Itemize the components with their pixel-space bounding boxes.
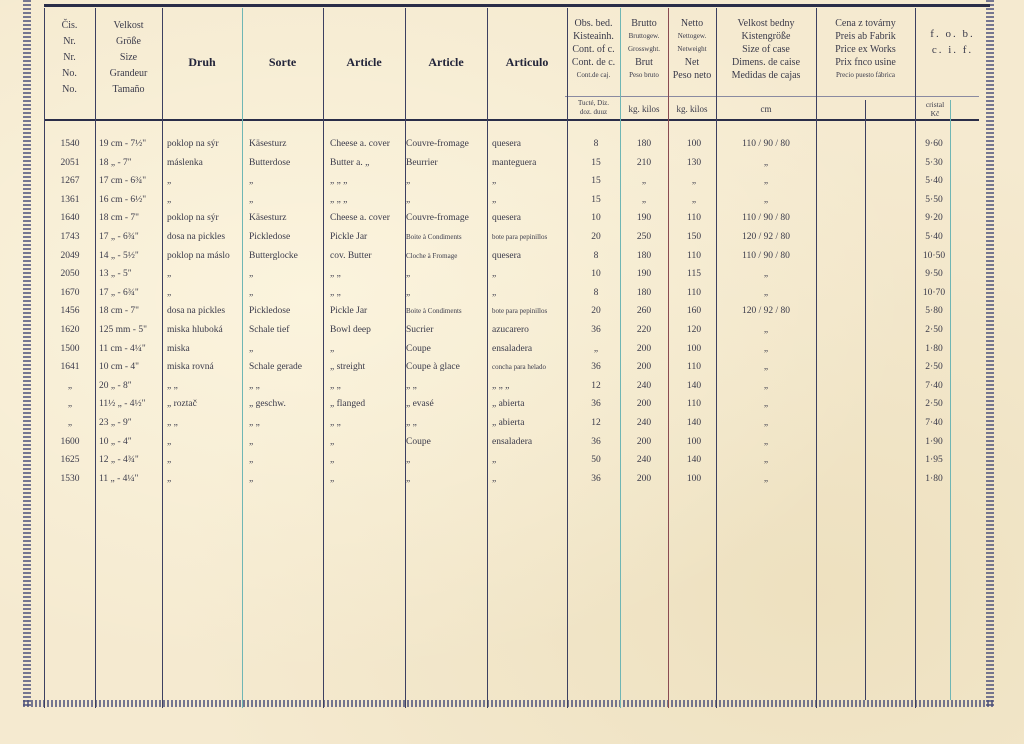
item-number: 1620: [50, 321, 90, 339]
item-articulo: bote para pepinillos: [492, 302, 572, 320]
item-size: 18 cm - 7": [99, 209, 169, 227]
header-rule: [44, 119, 979, 121]
item-sorte: Schale gerade: [249, 358, 329, 376]
item-article-fr: „: [406, 451, 488, 469]
item-size: 17 „ - 6¾": [99, 228, 169, 246]
item-articulo: bote para pepinillos: [492, 228, 572, 246]
item-price: 5·40: [904, 228, 964, 246]
item-contents: 36: [566, 395, 626, 413]
item-article-en: Cheese a. cover: [330, 209, 410, 227]
item-net-weight: 100: [669, 135, 719, 153]
item-price: 5·80: [904, 302, 964, 320]
item-article-en: „ „: [330, 377, 410, 395]
item-contents: 36: [566, 470, 626, 488]
item-druh: miska hluboká: [167, 321, 247, 339]
header-size-de: Größe: [95, 34, 162, 50]
item-net-weight: 160: [669, 302, 719, 320]
item-contents: 10: [566, 209, 626, 227]
item-number: „: [50, 414, 90, 432]
item-case-size: „: [716, 395, 816, 413]
item-articulo: „ „ „: [492, 377, 572, 395]
header-size-cz: Velkost: [95, 18, 162, 34]
item-article-en: „ streight: [330, 358, 410, 376]
item-contents: 10: [566, 265, 626, 283]
item-druh: „ „: [167, 377, 247, 395]
item-articulo: „: [492, 265, 572, 283]
item-druh: „: [167, 284, 247, 302]
item-article-fr: „ „: [406, 414, 488, 432]
item-price: 10·70: [904, 284, 964, 302]
item-contents: 15: [566, 154, 626, 172]
item-article-en: „: [330, 470, 410, 488]
item-sorte: „ „: [249, 414, 329, 432]
header-contents-es: Cont.de caj.: [567, 69, 620, 82]
item-article-en: „: [330, 340, 410, 358]
item-contents: 20: [566, 228, 626, 246]
item-sorte: „: [249, 265, 329, 283]
currency-note: cristal: [915, 100, 955, 109]
table-row: 1267 17 cm - 6¾" „ „ „ „ „ „ „ 15 „ „ „ …: [44, 172, 984, 190]
item-articulo: „ abierta: [492, 395, 572, 413]
item-contents: 8: [566, 247, 626, 265]
item-gross-weight: 190: [619, 209, 669, 227]
item-gross-weight: 260: [619, 302, 669, 320]
header-number-en: Nr.: [44, 50, 95, 66]
item-druh: máslenka: [167, 154, 247, 172]
item-sorte: Pickledose: [249, 302, 329, 320]
item-number: 1640: [50, 209, 90, 227]
item-sorte: „: [249, 340, 329, 358]
header-number-es: No.: [44, 82, 95, 98]
item-article-fr: „: [406, 284, 488, 302]
item-number: 1641: [50, 358, 90, 376]
header-brutto-unit: kg. kilos: [620, 104, 668, 115]
header-price-es: Precio puesto fábrica: [816, 69, 915, 82]
item-number: 1743: [50, 228, 90, 246]
header-brutto-de: Bruttogew.: [620, 30, 668, 43]
item-case-size: 110 / 90 / 80: [716, 135, 816, 153]
table-row: 2049 14 „ - 5½" poklop na máslo Buttergl…: [44, 247, 984, 265]
header-brutto-fr: Brut: [620, 56, 668, 69]
item-net-weight: 110: [669, 247, 719, 265]
currency-symbol: Kč: [915, 109, 955, 118]
table-row: 1620 125 mm - 5" miska hluboká Schale ti…: [44, 321, 984, 339]
item-articulo: azucarero: [492, 321, 572, 339]
item-case-size: „: [716, 377, 816, 395]
header-terms: f. o. b. c. i. f.: [915, 26, 990, 58]
item-articulo: „: [492, 284, 572, 302]
header-brutto-cz: Brutto: [620, 17, 668, 30]
item-gross-weight: 240: [619, 451, 669, 469]
item-sorte: Käsesturz: [249, 135, 329, 153]
item-price: 9·60: [904, 135, 964, 153]
header-number: Čis. Nr. Nr. No. No.: [44, 18, 95, 98]
item-size: 12 „ - 4¾": [99, 451, 169, 469]
item-contents: 36: [566, 433, 626, 451]
table-row: 1500 11 cm - 4¼" miska „ „ Coupe ensalad…: [44, 340, 984, 358]
table-row: 1456 18 cm - 7" dosa na pickles Pickledo…: [44, 302, 984, 320]
item-case-size: „: [716, 321, 816, 339]
item-net-weight: „: [669, 172, 719, 190]
item-number: 1625: [50, 451, 90, 469]
item-case-size: 110 / 90 / 80: [716, 209, 816, 227]
item-article-en: Butter a. „: [330, 154, 410, 172]
unit-line: doz. duuz: [567, 108, 620, 117]
header-case-cz: Velkost bedny: [716, 17, 816, 30]
header-size-fr: Grandeur: [95, 66, 162, 82]
item-article-fr: „ evasé: [406, 395, 488, 413]
item-net-weight: „: [669, 191, 719, 209]
item-gross-weight: 200: [619, 358, 669, 376]
item-net-weight: 115: [669, 265, 719, 283]
header-contents-cz: Obs. bed.: [567, 17, 620, 30]
item-article-en: „: [330, 433, 410, 451]
item-articulo: quesera: [492, 135, 572, 153]
item-articulo: „ abierta: [492, 414, 572, 432]
header-netto-fr: Net: [668, 56, 716, 69]
header-price-cz: Cena z továrny: [816, 17, 915, 30]
item-case-size: „: [716, 154, 816, 172]
item-gross-weight: 200: [619, 340, 669, 358]
item-articulo: ensaladera: [492, 433, 572, 451]
item-sorte: Käsesturz: [249, 209, 329, 227]
item-articulo: „: [492, 172, 572, 190]
item-article-en: „ „: [330, 414, 410, 432]
header-netto-unit: kg. kilos: [668, 104, 716, 115]
item-sorte: „: [249, 451, 329, 469]
item-article-en: cov. Butter: [330, 247, 410, 265]
header-netto-es: Peso neto: [668, 69, 716, 82]
item-article-fr: „: [406, 470, 488, 488]
item-sorte: „: [249, 433, 329, 451]
item-article-en: „ „: [330, 284, 410, 302]
item-sorte: „: [249, 172, 329, 190]
item-gross-weight: 180: [619, 284, 669, 302]
item-number: 1540: [50, 135, 90, 153]
item-gross-weight: 180: [619, 135, 669, 153]
item-sorte: „: [249, 284, 329, 302]
table-row: 2050 13 „ - 5" „ „ „ „ „ „ 10 190 115 „ …: [44, 265, 984, 283]
item-article-fr: Coupe: [406, 433, 488, 451]
item-article-fr: Beurrier: [406, 154, 488, 172]
item-net-weight: 120: [669, 321, 719, 339]
term-fob: f. o. b.: [915, 26, 990, 42]
header-contents-unit: Tucté, Diz. doz. duuz: [567, 99, 620, 117]
item-article-en: „ „: [330, 265, 410, 283]
item-article-fr: Coupe à glace: [406, 358, 488, 376]
item-net-weight: 100: [669, 470, 719, 488]
item-case-size: „: [716, 358, 816, 376]
item-contents: „: [566, 340, 626, 358]
item-contents: 8: [566, 284, 626, 302]
item-net-weight: 140: [669, 414, 719, 432]
item-size: 18 cm - 7": [99, 302, 169, 320]
item-case-size: 110 / 90 / 80: [716, 247, 816, 265]
header-size: Velkost Größe Size Grandeur Tamaño: [95, 18, 162, 98]
item-net-weight: 130: [669, 154, 719, 172]
table-row: „ 11½ „ - 4½" „ roztač „ geschw. „ flang…: [44, 395, 984, 413]
item-price: 1·90: [904, 433, 964, 451]
item-druh: dosa na pickles: [167, 228, 247, 246]
item-sorte: „: [249, 470, 329, 488]
header-price: Cena z továrny Preis ab Fabrik Price ex …: [816, 17, 915, 82]
item-articulo: concha para helado: [492, 358, 572, 376]
top-rule: [44, 4, 990, 7]
item-number: 1361: [50, 191, 90, 209]
item-article-fr: Couvre-fromage: [406, 209, 488, 227]
item-gross-weight: 200: [619, 395, 669, 413]
header-brutto-es: Peso bruto: [620, 69, 668, 82]
header-netto: Netto Nettogew. Netweight Net Peso neto: [668, 17, 716, 82]
item-article-en: „ flanged: [330, 395, 410, 413]
item-gross-weight: „: [619, 191, 669, 209]
table-row: 2051 18 „ - 7" máslenka Butterdose Butte…: [44, 154, 984, 172]
header-size-en: Size: [95, 50, 162, 66]
header-articulo: Articulo: [487, 56, 567, 69]
item-size: 14 „ - 5½": [99, 247, 169, 265]
header-case-unit: cm: [716, 104, 816, 115]
item-size: 18 „ - 7": [99, 154, 169, 172]
item-case-size: „: [716, 172, 816, 190]
table-row: „ 20 „ - 8" „ „ „ „ „ „ „ „ „ „ „ 12 240…: [44, 377, 984, 395]
item-gross-weight: 200: [619, 470, 669, 488]
item-article-fr: „: [406, 265, 488, 283]
item-druh: dosa na pickles: [167, 302, 247, 320]
item-contents: 15: [566, 172, 626, 190]
item-number: 1670: [50, 284, 90, 302]
item-articulo: „: [492, 451, 572, 469]
item-number: 1267: [50, 172, 90, 190]
item-price: 10·50: [904, 247, 964, 265]
item-gross-weight: 190: [619, 265, 669, 283]
item-size: 11½ „ - 4½": [99, 395, 169, 413]
item-price: 5·50: [904, 191, 964, 209]
item-number: 2050: [50, 265, 90, 283]
item-gross-weight: 180: [619, 247, 669, 265]
item-case-size: „: [716, 470, 816, 488]
item-net-weight: 110: [669, 395, 719, 413]
header-currency: cristal Kč: [915, 100, 955, 118]
header-price-fr: Prix fnco usine: [816, 56, 915, 69]
item-number: 1456: [50, 302, 90, 320]
header-contents-de: Kisteainh.: [567, 30, 620, 43]
unit-subrule: [565, 96, 979, 97]
header-contents-en: Cont. of c.: [567, 43, 620, 56]
item-sorte: Butterglocke: [249, 247, 329, 265]
table-row: 1640 18 cm - 7" poklop na sýr Käsesturz …: [44, 209, 984, 227]
item-articulo: manteguera: [492, 154, 572, 172]
item-case-size: „: [716, 191, 816, 209]
header-brutto-en: Grosswght.: [620, 43, 668, 56]
table-row: 1600 10 „ - 4" „ „ „ Coupe ensaladera 36…: [44, 433, 984, 451]
item-size: 11 cm - 4¼": [99, 340, 169, 358]
item-size: 10 „ - 4": [99, 433, 169, 451]
item-price: 2·50: [904, 358, 964, 376]
item-druh: „ „: [167, 414, 247, 432]
header-case-size: Velkost bedny Kistengröße Size of case D…: [716, 17, 816, 82]
item-price: 5·30: [904, 154, 964, 172]
item-articulo: ensaladera: [492, 340, 572, 358]
item-contents: 36: [566, 358, 626, 376]
header-druh: Druh: [162, 56, 242, 69]
item-articulo: quesera: [492, 247, 572, 265]
item-case-size: „: [716, 451, 816, 469]
item-number: 1530: [50, 470, 90, 488]
table-row: 1540 19 cm - 7½" poklop na sýr Käsesturz…: [44, 135, 984, 153]
item-gross-weight: 250: [619, 228, 669, 246]
item-case-size: „: [716, 265, 816, 283]
header-article-en: Article: [323, 56, 405, 69]
header-price-en: Price ex Works: [816, 43, 915, 56]
table-row: 1670 17 „ - 6¾" „ „ „ „ „ „ 8 180 110 „ …: [44, 284, 984, 302]
item-price: 1·80: [904, 340, 964, 358]
item-gross-weight: 210: [619, 154, 669, 172]
item-contents: 50: [566, 451, 626, 469]
item-case-size: 120 / 92 / 80: [716, 302, 816, 320]
header-size-es: Tamaño: [95, 82, 162, 98]
table-row: 1361 16 cm - 6½" „ „ „ „ „ „ „ 15 „ „ „ …: [44, 191, 984, 209]
item-article-fr: Sucrier: [406, 321, 488, 339]
item-article-en: Cheese a. cover: [330, 135, 410, 153]
item-number: 2049: [50, 247, 90, 265]
item-druh: poklop na sýr: [167, 209, 247, 227]
decorative-border-right: [986, 0, 994, 708]
item-price: 5·40: [904, 172, 964, 190]
item-article-fr: Coupe: [406, 340, 488, 358]
item-price: 7·40: [904, 377, 964, 395]
header-netto-de: Nettogew.: [668, 30, 716, 43]
item-article-fr: Couvre-fromage: [406, 135, 488, 153]
table-row: 1641 10 cm - 4" miska rovná Schale gerad…: [44, 358, 984, 376]
item-size: 11 „ - 4¼": [99, 470, 169, 488]
item-gross-weight: 220: [619, 321, 669, 339]
item-gross-weight: „: [619, 172, 669, 190]
item-size: 19 cm - 7½": [99, 135, 169, 153]
item-article-en: Pickle Jar: [330, 228, 410, 246]
item-case-size: 120 / 92 / 80: [716, 228, 816, 246]
item-number: „: [50, 377, 90, 395]
item-case-size: „: [716, 433, 816, 451]
item-article-en: „: [330, 451, 410, 469]
item-articulo: „: [492, 470, 572, 488]
item-article-fr: „: [406, 191, 488, 209]
item-article-fr: Cloche à Fromage: [406, 247, 488, 265]
item-size: 17 „ - 6¾": [99, 284, 169, 302]
item-contents: 20: [566, 302, 626, 320]
item-druh: „: [167, 470, 247, 488]
header-article-fr: Article: [405, 56, 487, 69]
item-case-size: „: [716, 340, 816, 358]
table-row: „ 23 „ - 9" „ „ „ „ „ „ „ „ „ abierta 12…: [44, 414, 984, 432]
item-druh: „: [167, 433, 247, 451]
item-price: 2·50: [904, 321, 964, 339]
item-druh: „: [167, 265, 247, 283]
table-row: 1743 17 „ - 6¾" dosa na pickles Pickledo…: [44, 228, 984, 246]
header-contents: Obs. bed. Kisteainh. Cont. of c. Cont. d…: [567, 17, 620, 82]
item-size: 17 cm - 6¾": [99, 172, 169, 190]
item-sorte: Pickledose: [249, 228, 329, 246]
item-article-en: „ „ „: [330, 172, 410, 190]
item-price: 9·50: [904, 265, 964, 283]
item-net-weight: 140: [669, 451, 719, 469]
item-gross-weight: 200: [619, 433, 669, 451]
item-price: 1·95: [904, 451, 964, 469]
item-sorte: Schale tief: [249, 321, 329, 339]
item-sorte: „ „: [249, 377, 329, 395]
header-case-fr: Dimens. de caise: [716, 56, 816, 69]
item-price: 9·20: [904, 209, 964, 227]
item-sorte: Butterdose: [249, 154, 329, 172]
decorative-border-bottom: [23, 700, 994, 707]
item-druh: poklop na máslo: [167, 247, 247, 265]
item-case-size: „: [716, 414, 816, 432]
item-size: 10 cm - 4": [99, 358, 169, 376]
item-number: „: [50, 395, 90, 413]
item-net-weight: 110: [669, 358, 719, 376]
item-size: 16 cm - 6½": [99, 191, 169, 209]
item-article-fr: Boite à Condiments: [406, 302, 488, 320]
header-price-de: Preis ab Fabrik: [816, 30, 915, 43]
header-number-de: Nr.: [44, 34, 95, 50]
item-druh: miska rovná: [167, 358, 247, 376]
item-contents: 12: [566, 377, 626, 395]
item-contents: 8: [566, 135, 626, 153]
item-gross-weight: 240: [619, 377, 669, 395]
item-number: 2051: [50, 154, 90, 172]
item-net-weight: 100: [669, 433, 719, 451]
item-articulo: quesera: [492, 209, 572, 227]
header-netto-cz: Netto: [668, 17, 716, 30]
item-net-weight: 140: [669, 377, 719, 395]
item-article-en: Pickle Jar: [330, 302, 410, 320]
item-article-en: Bowl deep: [330, 321, 410, 339]
term-cif: c. i. f.: [915, 42, 990, 58]
header-contents-fr: Cont. de c.: [567, 56, 620, 69]
item-druh: „ roztač: [167, 395, 247, 413]
item-druh: „: [167, 172, 247, 190]
item-case-size: „: [716, 284, 816, 302]
item-price: 1·80: [904, 470, 964, 488]
item-contents: 36: [566, 321, 626, 339]
unit-line: Tucté, Diz.: [567, 99, 620, 108]
item-contents: 15: [566, 191, 626, 209]
item-size: 20 „ - 8": [99, 377, 169, 395]
header-number-cz: Čis.: [44, 18, 95, 34]
header-sorte: Sorte: [242, 56, 323, 69]
item-size: 13 „ - 5": [99, 265, 169, 283]
table-row: 1530 11 „ - 4¼" „ „ „ „ „ 36 200 100 „ 1…: [44, 470, 984, 488]
item-price: 7·40: [904, 414, 964, 432]
item-article-fr: „ „: [406, 377, 488, 395]
item-contents: 12: [566, 414, 626, 432]
item-articulo: „: [492, 191, 572, 209]
item-net-weight: 110: [669, 284, 719, 302]
header-number-fr: No.: [44, 66, 95, 82]
decorative-border-left: [23, 0, 31, 708]
table-row: 1625 12 „ - 4¾" „ „ „ „ „ 50 240 140 „ 1…: [44, 451, 984, 469]
header-netto-en: Netweight: [668, 43, 716, 56]
item-sorte: „ geschw.: [249, 395, 329, 413]
item-net-weight: 110: [669, 209, 719, 227]
item-net-weight: 150: [669, 228, 719, 246]
header-case-es: Medidas de cajas: [716, 69, 816, 82]
item-size: 125 mm - 5": [99, 321, 169, 339]
item-gross-weight: 240: [619, 414, 669, 432]
header-case-en: Size of case: [716, 43, 816, 56]
item-number: 1500: [50, 340, 90, 358]
item-sorte: „: [249, 191, 329, 209]
item-druh: „: [167, 191, 247, 209]
